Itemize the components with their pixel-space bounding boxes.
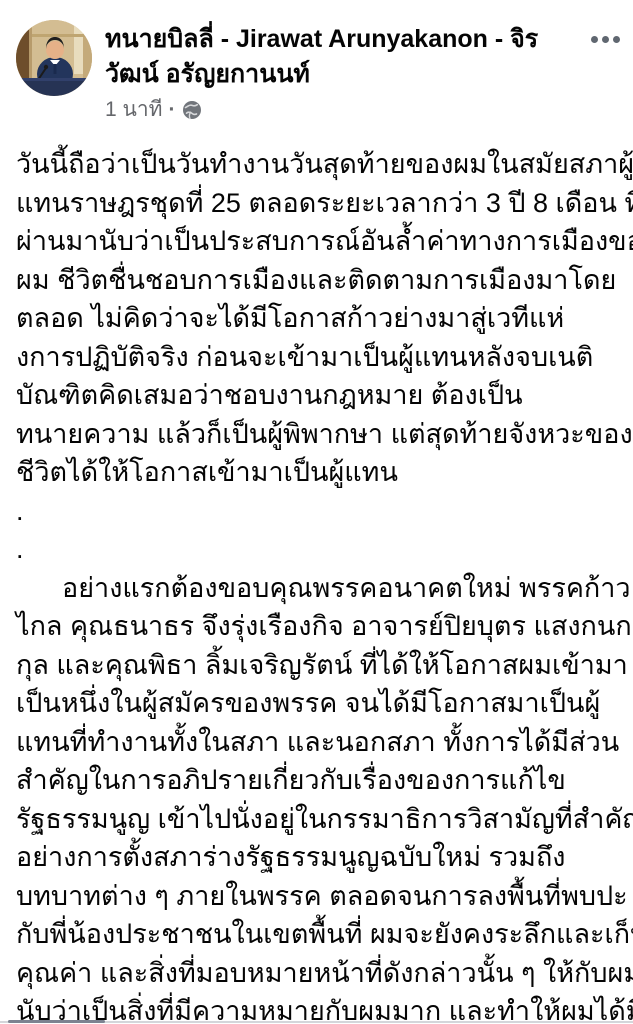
post-paragraph-1: วันนี้ถือว่าเป็นวันทำงานวันสุดท้ายของผมใ… (16, 145, 617, 569)
ellipsis-icon (613, 36, 620, 43)
ellipsis-icon (591, 36, 598, 43)
avatar[interactable] (16, 20, 92, 96)
profile-name[interactable]: ทนายบิลลี่ - Jirawat Arunyakanon - จิร ว… (105, 22, 617, 92)
profile-photo-man-in-suit-at-podium (16, 20, 92, 96)
ellipsis-icon (602, 36, 609, 43)
timestamp[interactable]: 1 นาที (105, 97, 163, 123)
divider-progress-segment (8, 1020, 105, 1023)
more-options-button[interactable] (589, 28, 622, 51)
post-paragraph-2: อย่างแรกต้องขอบคุณพรรคอนาคตใหม่ พรรคก้าว… (16, 569, 617, 1024)
meta-separator: · (169, 97, 176, 123)
globe-public-icon (182, 100, 202, 120)
next-element-edge (0, 1020, 633, 1023)
post-meta: 1 นาที · (105, 97, 617, 123)
facebook-post: ทนายบิลลี่ - Jirawat Arunyakanon - จิร ว… (0, 0, 633, 1024)
post-header: ทนายบิลลี่ - Jirawat Arunyakanon - จิร ว… (0, 0, 633, 123)
post-content: วันนี้ถือว่าเป็นวันทำงานวันสุดท้ายของผมใ… (0, 123, 633, 1024)
header-info: ทนายบิลลี่ - Jirawat Arunyakanon - จิร ว… (105, 20, 617, 123)
